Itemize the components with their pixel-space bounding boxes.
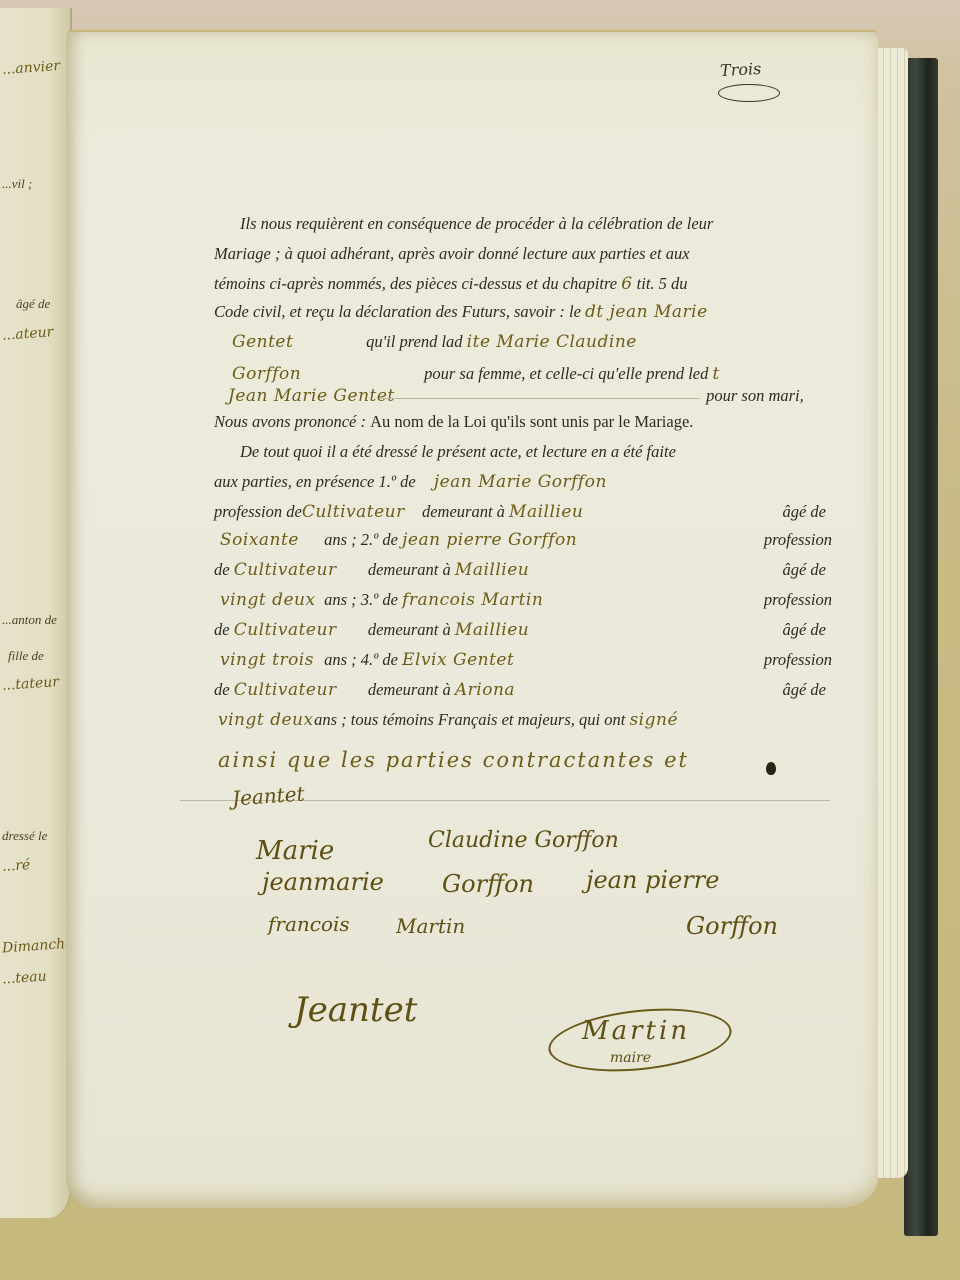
left-fragment: ...ateur xyxy=(2,324,54,344)
handwritten-text: jean Marie Gorffon xyxy=(434,472,607,492)
signature-claudine-gorffon: Claudine Gorffon xyxy=(428,828,619,853)
handwritten-text: Cultivateur xyxy=(302,502,418,522)
printed-text: de xyxy=(214,680,230,699)
printed-text: profession xyxy=(764,650,832,670)
printed-text: ans ; 4.º de xyxy=(324,650,398,669)
signature-mayor-title: maire xyxy=(610,1050,651,1066)
left-fragment: fille de xyxy=(8,648,44,664)
printed-text: demeurant à xyxy=(368,620,451,639)
handwritten-text: Gorffon xyxy=(232,364,420,384)
signature-jeantet-2: Jeantet xyxy=(294,990,417,1030)
printed-text: de xyxy=(214,620,230,639)
text-line-18: vingt deux ans ; tous témoins Français e… xyxy=(218,710,830,740)
text-line-12: Soixante ans ; 2.º de jean pierre Gorffo… xyxy=(220,530,832,560)
signature-jeantet: Jeantet xyxy=(231,781,305,810)
text-line-16: vingt trois ans ; 4.º de Elvix Gentet pr… xyxy=(220,650,832,680)
book-binding xyxy=(904,58,938,1236)
text-line-11: profession deCultivateur demeurant à Mai… xyxy=(214,502,826,532)
left-fragment: âgé de xyxy=(16,296,50,312)
text-line-5: Gentet qu'il prend lad ite Marie Claudin… xyxy=(232,332,844,362)
handwritten-text: Cultivateur xyxy=(234,620,364,640)
handwritten-text: vingt deux xyxy=(218,710,310,730)
printed-text: ans ; tous témoins Français et majeurs, … xyxy=(314,710,625,729)
left-page: ...anvier ...vil ; âgé de ...ateur ...an… xyxy=(0,8,72,1218)
signature-francois: francois xyxy=(268,912,350,936)
signature-jean-pierre: jean pierre xyxy=(586,866,719,894)
handwritten-text: Jean Marie Gentet xyxy=(228,386,702,406)
printed-text: pour son mari, xyxy=(706,386,804,405)
handwritten-text: Cultivateur xyxy=(234,560,364,580)
text-line-13: de Cultivateur demeurant à Maillieu âgé … xyxy=(214,560,826,590)
handwritten-text: vingt trois xyxy=(220,650,320,670)
printed-text: Au nom de la Loi qu'ils sont unis par le… xyxy=(370,412,693,431)
printed-text: tit. 5 du xyxy=(637,274,688,293)
corner-annotation: Trois xyxy=(720,59,762,80)
left-fragment: ...anvier xyxy=(2,58,61,78)
signature-mayor: Martin xyxy=(582,1016,690,1046)
text-line-17: de Cultivateur demeurant à Ariona âgé de xyxy=(214,680,826,710)
handwritten-text: vingt deux xyxy=(220,590,320,610)
left-fragment: dressé le xyxy=(2,828,47,844)
signature-gorffon: Gorffon xyxy=(442,870,534,898)
handwritten-text: Soixante xyxy=(220,530,320,550)
printed-text: Nous avons prononcé : xyxy=(214,412,366,431)
handwritten-text: t xyxy=(713,364,720,384)
left-fragment: ...ré xyxy=(1,857,30,875)
printed-text: demeurant à xyxy=(368,560,451,579)
printed-text: âgé de xyxy=(782,680,826,700)
handwritten-text: ite Marie Claudine xyxy=(467,332,637,352)
corner-flourish xyxy=(718,84,780,102)
text-line-2: Mariage ; à quoi adhérant, après avoir d… xyxy=(214,244,826,274)
handwritten-text: Elvix Gentet xyxy=(402,650,514,670)
printed-text: profession xyxy=(764,590,832,610)
text-line-9: De tout quoi il a été dressé le présent … xyxy=(240,442,852,472)
printed-text: âgé de xyxy=(782,560,826,580)
left-fragment: ...teau xyxy=(1,968,47,987)
handwritten-text: 6 xyxy=(621,274,632,294)
printed-text: Mariage ; à quoi adhérant, après avoir d… xyxy=(214,244,690,263)
handwritten-text: signé xyxy=(629,710,678,730)
printed-text: profession de xyxy=(214,502,302,521)
text-line-15: de Cultivateur demeurant à Maillieu âgé … xyxy=(214,620,826,650)
left-fragment: ...tateur xyxy=(2,674,60,694)
ink-blot xyxy=(766,762,776,775)
signature-jeanmarie: jeanmarie xyxy=(262,868,384,896)
handwritten-text: francois Martin xyxy=(402,590,543,610)
text-line-4: Code civil, et reçu la déclaration des F… xyxy=(214,302,826,332)
printed-text: qu'il prend lad xyxy=(366,332,462,351)
printed-text: Code civil, et reçu la déclaration des F… xyxy=(214,302,581,321)
printed-text: pour sa femme, et celle-ci qu'elle prend… xyxy=(424,364,708,383)
printed-text: de xyxy=(214,560,230,579)
handwritten-text: Gentet xyxy=(232,332,362,352)
printed-text: âgé de xyxy=(782,502,826,522)
left-fragment: ...vil ; xyxy=(2,176,32,192)
left-fragment: Dimanche xyxy=(2,936,72,957)
printed-text: De tout quoi il a été dressé le présent … xyxy=(240,442,676,461)
text-line-1: Ils nous requièrent en conséquence de pr… xyxy=(240,214,852,244)
text-line-14: vingt deux ans ; 3.º de francois Martin … xyxy=(220,590,832,620)
text-line-8: Nous avons prononcé : Au nom de la Loi q… xyxy=(214,412,826,442)
printed-text: témoins ci-après nommés, des pièces ci-d… xyxy=(214,274,617,293)
printed-text: demeurant à xyxy=(368,680,451,699)
handwritten-text: Maillieu xyxy=(509,502,583,522)
printed-text: Ils nous requièrent en conséquence de pr… xyxy=(240,214,713,233)
printed-text: âgé de xyxy=(782,620,826,640)
handwritten-text: Cultivateur xyxy=(234,680,364,700)
handwritten-text: ainsi que les parties contractantes et xyxy=(218,748,689,772)
handwritten-text: dt jean Marie xyxy=(585,302,708,322)
signature-gorffon-2: Gorffon xyxy=(686,912,778,940)
handwritten-text: Maillieu xyxy=(455,620,529,640)
handwritten-text: Maillieu xyxy=(455,560,529,580)
handwritten-text: jean pierre Gorffon xyxy=(402,530,577,550)
text-line-3: témoins ci-après nommés, des pièces ci-d… xyxy=(214,274,826,304)
printed-text: ans ; 3.º de xyxy=(324,590,398,609)
printed-text: aux parties, en présence 1.º de xyxy=(214,472,416,491)
printed-text: ans ; 2.º de xyxy=(324,530,398,549)
left-fragment: ...anton de xyxy=(2,612,57,628)
text-line-10: aux parties, en présence 1.º de jean Mar… xyxy=(214,472,826,502)
handwritten-text: Ariona xyxy=(455,680,515,700)
signature-marie: Marie xyxy=(256,836,334,866)
fill-rule xyxy=(380,398,700,399)
signature-martin: Martin xyxy=(396,914,465,938)
printed-text: demeurant à xyxy=(422,502,505,521)
printed-text: profession xyxy=(764,530,832,550)
text-line-19: ainsi que les parties contractantes et xyxy=(218,748,830,778)
